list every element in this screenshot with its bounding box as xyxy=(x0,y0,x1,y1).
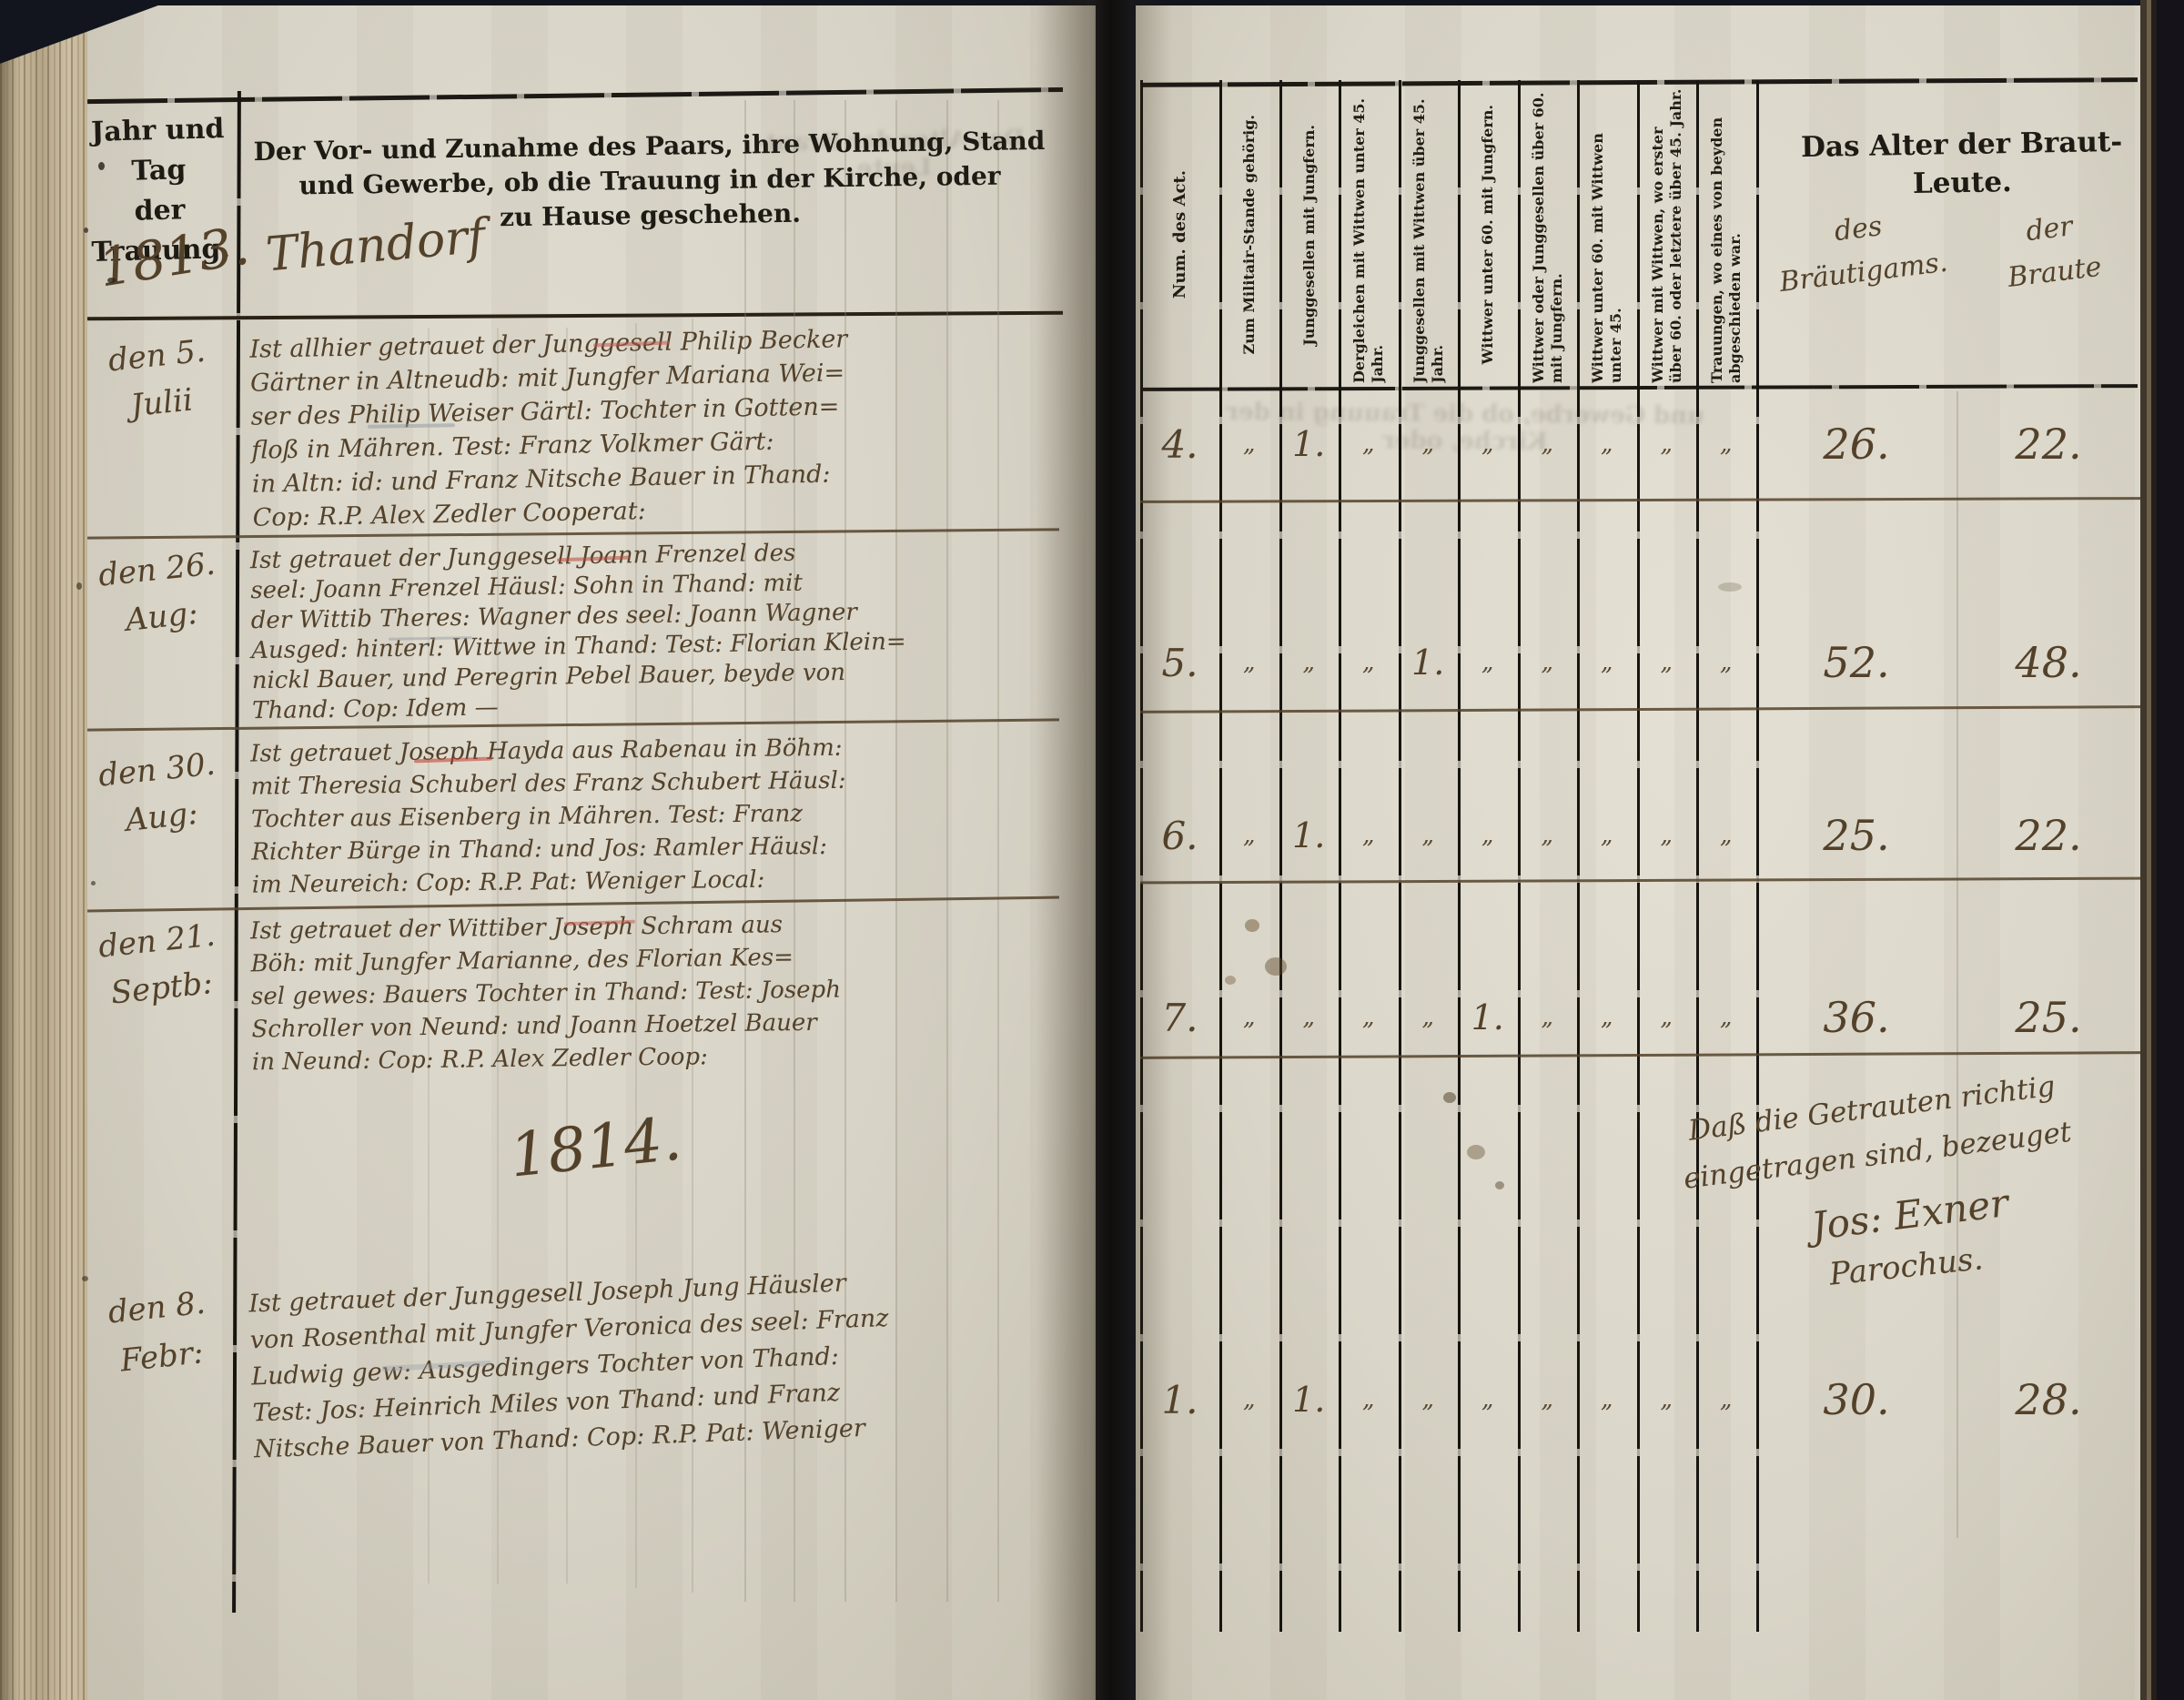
column-header-label: Num. des Act. xyxy=(1171,170,1189,299)
column-header-label: Wittwer unter 60. mit Wittwen unter 45. xyxy=(1589,86,1625,383)
tally-cell: „ xyxy=(1399,430,1459,458)
column-header-label: Junggesellen mit Jungfern. xyxy=(1300,125,1319,346)
tally-cell: „ xyxy=(1458,430,1518,458)
column-header-label: Wittwer mit Wittwen, wo erster über 60. … xyxy=(1649,86,1685,383)
entry-2-date: den 26. Aug: xyxy=(86,539,232,647)
bride-age: 22. xyxy=(1957,811,2140,860)
register-row-5: 1. „ 1. „ „ „ „ „ „ „ 30. 28. xyxy=(1140,1363,2140,1436)
tally-cell: „ xyxy=(1696,1004,1756,1031)
tally-cell: „ xyxy=(1577,649,1637,676)
tally-cell: „ xyxy=(1518,430,1578,458)
tally-cell: „ xyxy=(1577,1386,1637,1413)
groom-age: 30. xyxy=(1756,1375,1957,1424)
tally-cell: „ xyxy=(1458,1386,1518,1413)
tally-cell: „ xyxy=(1399,1386,1459,1413)
book-right-edge xyxy=(2140,0,2184,1700)
tally-cell: „ xyxy=(1637,1004,1697,1031)
column-header-label: Zum Militair-Stande gehörig. xyxy=(1240,115,1259,354)
tally-cell: „ xyxy=(1696,822,1756,849)
row-num: 4. xyxy=(1140,422,1219,467)
groom-age: 52. xyxy=(1756,638,1957,687)
entry-5-date: den 8. Febr: xyxy=(86,1276,232,1388)
column-header-geschieden: Trauungen, wo eines von beyden abgeschie… xyxy=(1696,86,1756,383)
tally-cell: „ xyxy=(1637,430,1697,458)
row-num: 6. xyxy=(1140,814,1219,858)
tally-cell: „ xyxy=(1219,430,1279,458)
column-header-witwer-witwen: Wittwer unter 60. mit Wittwen unter 45. xyxy=(1577,86,1637,383)
tally-cell: „ xyxy=(1637,822,1697,849)
column-header-witwen-unter-45: Dergleichen mit Wittwen unter 45. Jahr. xyxy=(1339,86,1399,383)
column-header-ueber-60-jungfern: Wittwer oder Junggesellen über 60. mit J… xyxy=(1518,86,1577,383)
row-num: 5. xyxy=(1140,641,1219,685)
tally-cell: „ xyxy=(1637,1386,1697,1413)
bride-age: 25. xyxy=(1957,993,2140,1042)
groom-age: 26. xyxy=(1756,420,1957,469)
book-spread: Das Alter der Braut-Leute. Jahr und Tag … xyxy=(0,0,2184,1700)
row-num: 1. xyxy=(1140,1378,1219,1422)
register-row-3: 6. „ 1. „ „ „ „ „ „ „ 25. 22. xyxy=(1140,799,2140,872)
tally-cell: „ xyxy=(1399,822,1459,849)
tally-cell: „ xyxy=(1577,822,1637,849)
tally-cell: „ xyxy=(1577,1004,1637,1031)
tally-cell: „ xyxy=(1279,1004,1340,1031)
row-num: 7. xyxy=(1140,996,1219,1040)
tally-cell: 1. xyxy=(1279,424,1340,464)
register-row-1: 4. „ 1. „ „ „ „ „ „ „ 26. 22. xyxy=(1140,408,2140,481)
groom-age: 25. xyxy=(1756,811,1957,860)
tally-cell: „ xyxy=(1219,649,1279,676)
tally-cell: „ xyxy=(1696,1386,1756,1413)
tally-cell: 1. xyxy=(1399,643,1459,683)
column-header-label: Junggesellen mit Wittwen über 45. Jahr. xyxy=(1410,86,1447,383)
tally-cell: 1. xyxy=(1279,1380,1340,1420)
column-header-militair: Zum Militair-Stande gehörig. xyxy=(1219,86,1279,383)
tally-cell: „ xyxy=(1339,822,1399,849)
tally-cell: 1. xyxy=(1458,997,1518,1037)
tally-cell: „ xyxy=(1219,822,1279,849)
register-row-4: 7. „ „ „ „ 1. „ „ „ „ 36. 25. xyxy=(1140,981,2140,1054)
column-header-witwer-witwen-alt: Wittwer mit Wittwen, wo erster über 60. … xyxy=(1637,86,1696,383)
tally-cell: „ xyxy=(1219,1004,1279,1031)
register-row-2: 5. „ „ „ 1. „ „ „ „ „ 52. 48. xyxy=(1140,626,2140,699)
column-header-witwen-ueber-45: Junggesellen mit Wittwen über 45. Jahr. xyxy=(1399,86,1458,383)
entry-1-date: den 5. Julii xyxy=(86,325,232,433)
entry-3-text: Ist getrauet Joseph Hayda aus Rabenau in… xyxy=(250,729,1058,901)
book-fore-edge xyxy=(0,0,87,1700)
entry-3-date: den 30. Aug: xyxy=(86,739,232,847)
column-header-label: Trauungen, wo eines von beyden abgeschie… xyxy=(1708,86,1744,383)
tally-cell: 1. xyxy=(1279,815,1340,855)
tally-cell: „ xyxy=(1339,1386,1399,1413)
column-header-junggesellen-jungfern: Junggesellen mit Jungfern. xyxy=(1279,86,1339,383)
bride-age: 28. xyxy=(1957,1375,2140,1424)
tally-cell: „ xyxy=(1518,822,1578,849)
bride-age: 48. xyxy=(1957,638,2140,687)
entry-5-text: Ist getrauet der Junggesell Joseph Jung … xyxy=(248,1259,1060,1469)
column-header-label: Wittwer unter 60. mit Jungfern. xyxy=(1479,105,1497,364)
tally-cell: „ xyxy=(1458,649,1518,676)
tally-cell: „ xyxy=(1518,649,1578,676)
column-header-witwer-unter-60: Wittwer unter 60. mit Jungfern. xyxy=(1458,86,1518,383)
entry-4-date: den 21. Septb: xyxy=(86,910,232,1018)
column-header-num: Num. des Act. xyxy=(1140,86,1219,383)
tally-cell: „ xyxy=(1339,649,1399,676)
tally-cell: „ xyxy=(1696,430,1756,458)
entry-2-text: Ist getrauet der Junggesell Joann Frenze… xyxy=(250,535,1059,726)
tally-cell: „ xyxy=(1458,822,1518,849)
tally-cell: „ xyxy=(1279,649,1340,676)
tally-cell: „ xyxy=(1518,1386,1578,1413)
column-header-label: Dergleichen mit Wittwen unter 45. Jahr. xyxy=(1350,86,1387,383)
tally-cell: „ xyxy=(1399,1004,1459,1031)
entry-1-text: Ist allhier getrauet der Junggesell Phil… xyxy=(249,319,1059,534)
tally-cell: „ xyxy=(1577,430,1637,458)
age-section-title: Das Alter der Braut- Leute. xyxy=(1796,123,2127,205)
tally-cell: „ xyxy=(1637,649,1697,676)
tally-cell: „ xyxy=(1696,649,1756,676)
tally-cell: „ xyxy=(1339,430,1399,458)
tally-cell: „ xyxy=(1219,1386,1279,1413)
entry-4-text: Ist getrauet der Wittiber Joseph Schram … xyxy=(250,906,1058,1079)
tally-cell: „ xyxy=(1339,1004,1399,1031)
tally-cell: „ xyxy=(1518,1004,1578,1031)
bride-age: 22. xyxy=(1957,420,2140,469)
column-header-label: Wittwer oder Junggesellen über 60. mit J… xyxy=(1530,86,1566,383)
groom-age: 36. xyxy=(1756,993,1957,1042)
